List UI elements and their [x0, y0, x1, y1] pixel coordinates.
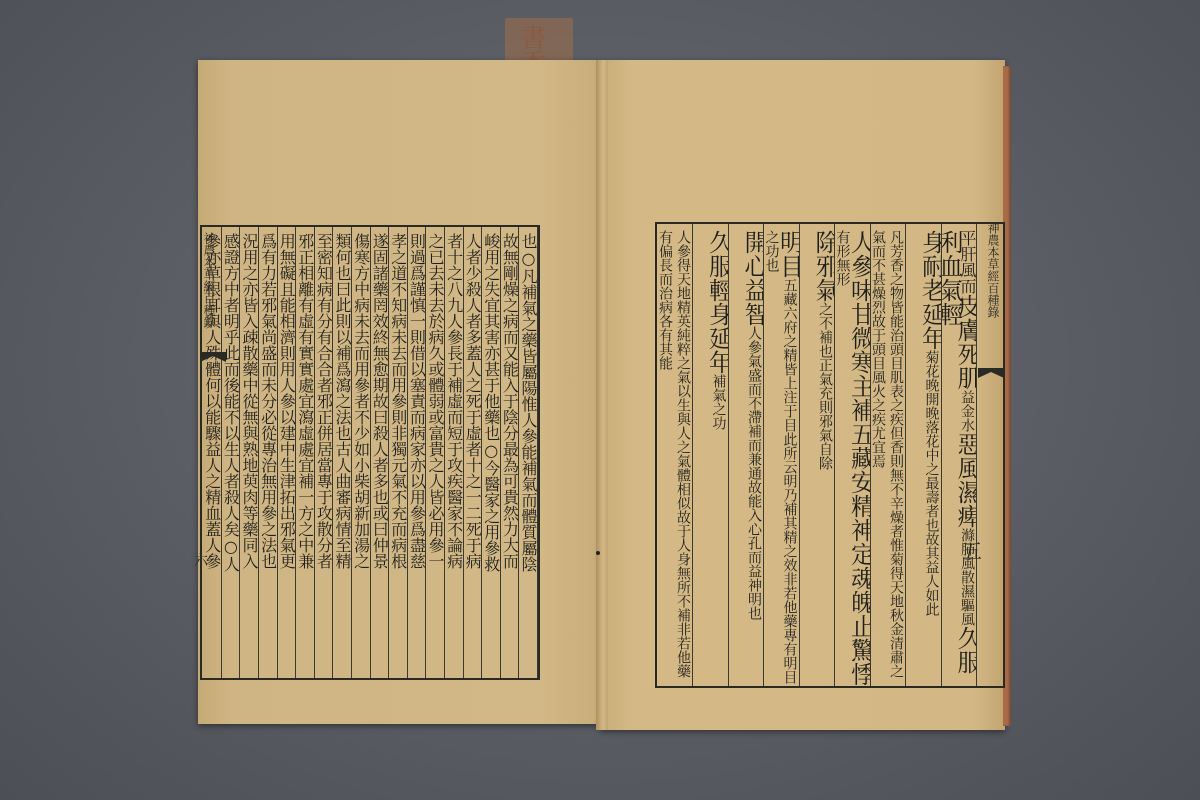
commentary-text: 補氣之功 [711, 374, 727, 430]
main-text: 身耐老延年 [918, 230, 942, 350]
text-column: 遂固諸藥罔效終無愈期故曰殺人者多也或曰仲景 [371, 227, 390, 678]
text-column: 況用之亦皆入疎散藥中從無與熟地萸肉等藥同入 [240, 227, 259, 678]
text-column: 人者少殺人者多蓋人之死于虛者十之一二死于病 [464, 227, 483, 678]
text-column: 人參得天地精英純粹之氣以生與人之氣體相似故于人身無所不補非若他藥有偏長而治病各有… [658, 224, 694, 686]
text-column: 感證方中者明乎此而後能不以生人者殺人矣○人 [222, 227, 241, 678]
commentary-text: 散濕驅風 [959, 570, 975, 626]
commentary-text: 五藏六府之精皆上注于目此所云明乃補其精之效非若他藥專有明目之功也 [764, 230, 798, 684]
commentary-text: 人參得天地精英純粹之氣以生與人之氣體相似故于人身無所不補非若他藥有偏長而治病各有… [658, 230, 692, 678]
commentary-text: 之不補也正氣充則邪氣自除 [817, 302, 833, 470]
text-column: 傷寒方中病未去而用參者不少如小柴胡新加湯之 [352, 227, 371, 678]
commentary-text: 凡芳香之物皆能治頭目肌表之疾但香則無不辛燥者惟菊得天地秋金清肅之氣而不甚燥烈故于… [871, 230, 905, 678]
main-text: 惡風濕痺 [953, 432, 977, 528]
text-column: 除邪氣之不補也正氣充則邪氣自除 [800, 224, 836, 686]
commentary-text: 人參氣盛而不滯補而兼通故能入心孔而益神明也 [746, 326, 762, 620]
commentary-text: 菊花晚開晚落花中之最壽者也故其益人如此 [924, 350, 940, 616]
text-column: 峻用之失宜其害亦甚于他藥也○今醫家之用參救 [482, 227, 501, 678]
text-column: 久服輕身延年補氣之功 [693, 224, 729, 686]
binding-hole [596, 551, 600, 555]
right-text-frame: 平肝風而皮膚死肌益金水惡風濕痺滌肺風散濕驅風久服利血氣輕身耐老延年菊花晚開晚落花… [655, 222, 1005, 688]
main-text: 久服輕身延年 [705, 230, 729, 374]
commentary-text: 有形無形 [835, 230, 851, 286]
text-column: 類何也曰此則以補爲瀉之法也古人曲審病情至精 [333, 227, 352, 678]
text-column: 平肝風而皮膚死肌益金水惡風濕痺滌肺風散濕驅風久服利血氣輕 [942, 224, 978, 686]
main-text: 開心益智 [740, 230, 764, 326]
main-text: 人參味甘微寒主補五藏安精神定魂魄止驚悸 [847, 230, 871, 686]
text-column: 之已去未去於病久或體弱或富貴之人皆必用參一 [426, 227, 445, 678]
text-column: 凡芳香之物皆能治頭目肌表之疾但香則無不辛燥者惟菊得天地秋金清肅之氣而不甚燥烈故于… [871, 224, 907, 686]
text-column: 爲有力若邪氣尚盛而未分必從專治無用參之法也 [259, 227, 278, 678]
main-text: 除邪氣 [811, 230, 835, 302]
text-column: 明目五藏六府之精皆上注于目此所云明乃補其精之效非若他藥專有明目之功也 [764, 224, 800, 686]
commentary-text: 益金水 [959, 390, 975, 432]
text-column: 用無礙且能相濟則用人參以建中生津拓出邪氣更 [278, 227, 297, 678]
text-column: 至密知病有分有合合者邪正併居當專于攻散分者 [315, 227, 334, 678]
left-page-number: 六 [194, 550, 208, 570]
text-column: 人參味甘微寒主補五藏安精神定魂魄止驚悸有形無形 [835, 224, 871, 686]
text-column: 邪正相離有虛有實實處宜瀉虛處宜補一方之中兼 [296, 227, 315, 678]
text-column: 身耐老延年菊花晚開晚落花中之最壽者也故其益人如此 [906, 224, 942, 686]
text-column: 也○凡補氣之藥皆屬陽惟人參能補氣而體質屬陰 [519, 227, 538, 678]
text-column: 者十之八九人參長于補虛而短于攻疾醫家不論病 [445, 227, 464, 678]
text-column: 開心益智人參氣盛而不滯補而兼通故能入心孔而益神明也 [729, 224, 765, 686]
book-gutter [596, 60, 608, 730]
text-column: 故無剛燥之病而又能入于陰分最為可貴然力大而 [501, 227, 520, 678]
right-page-number: 五 [962, 535, 982, 564]
text-column: 則過爲謹慎一則借以塞責而病家亦以用參爲盡慈 [408, 227, 427, 678]
left-text-frame: 也○凡補氣之藥皆屬陽惟人參能補氣而體質屬陰故無剛燥之病而又能入于陰分最為可貴然力… [200, 225, 540, 680]
left-margin-title: 神農本草經百種錄 [201, 232, 218, 328]
right-margin-title: 神農本草經百種錄 [985, 222, 1002, 318]
text-column: 孝之道不知病未去而用參則非獨元氣不充而病根 [389, 227, 408, 678]
